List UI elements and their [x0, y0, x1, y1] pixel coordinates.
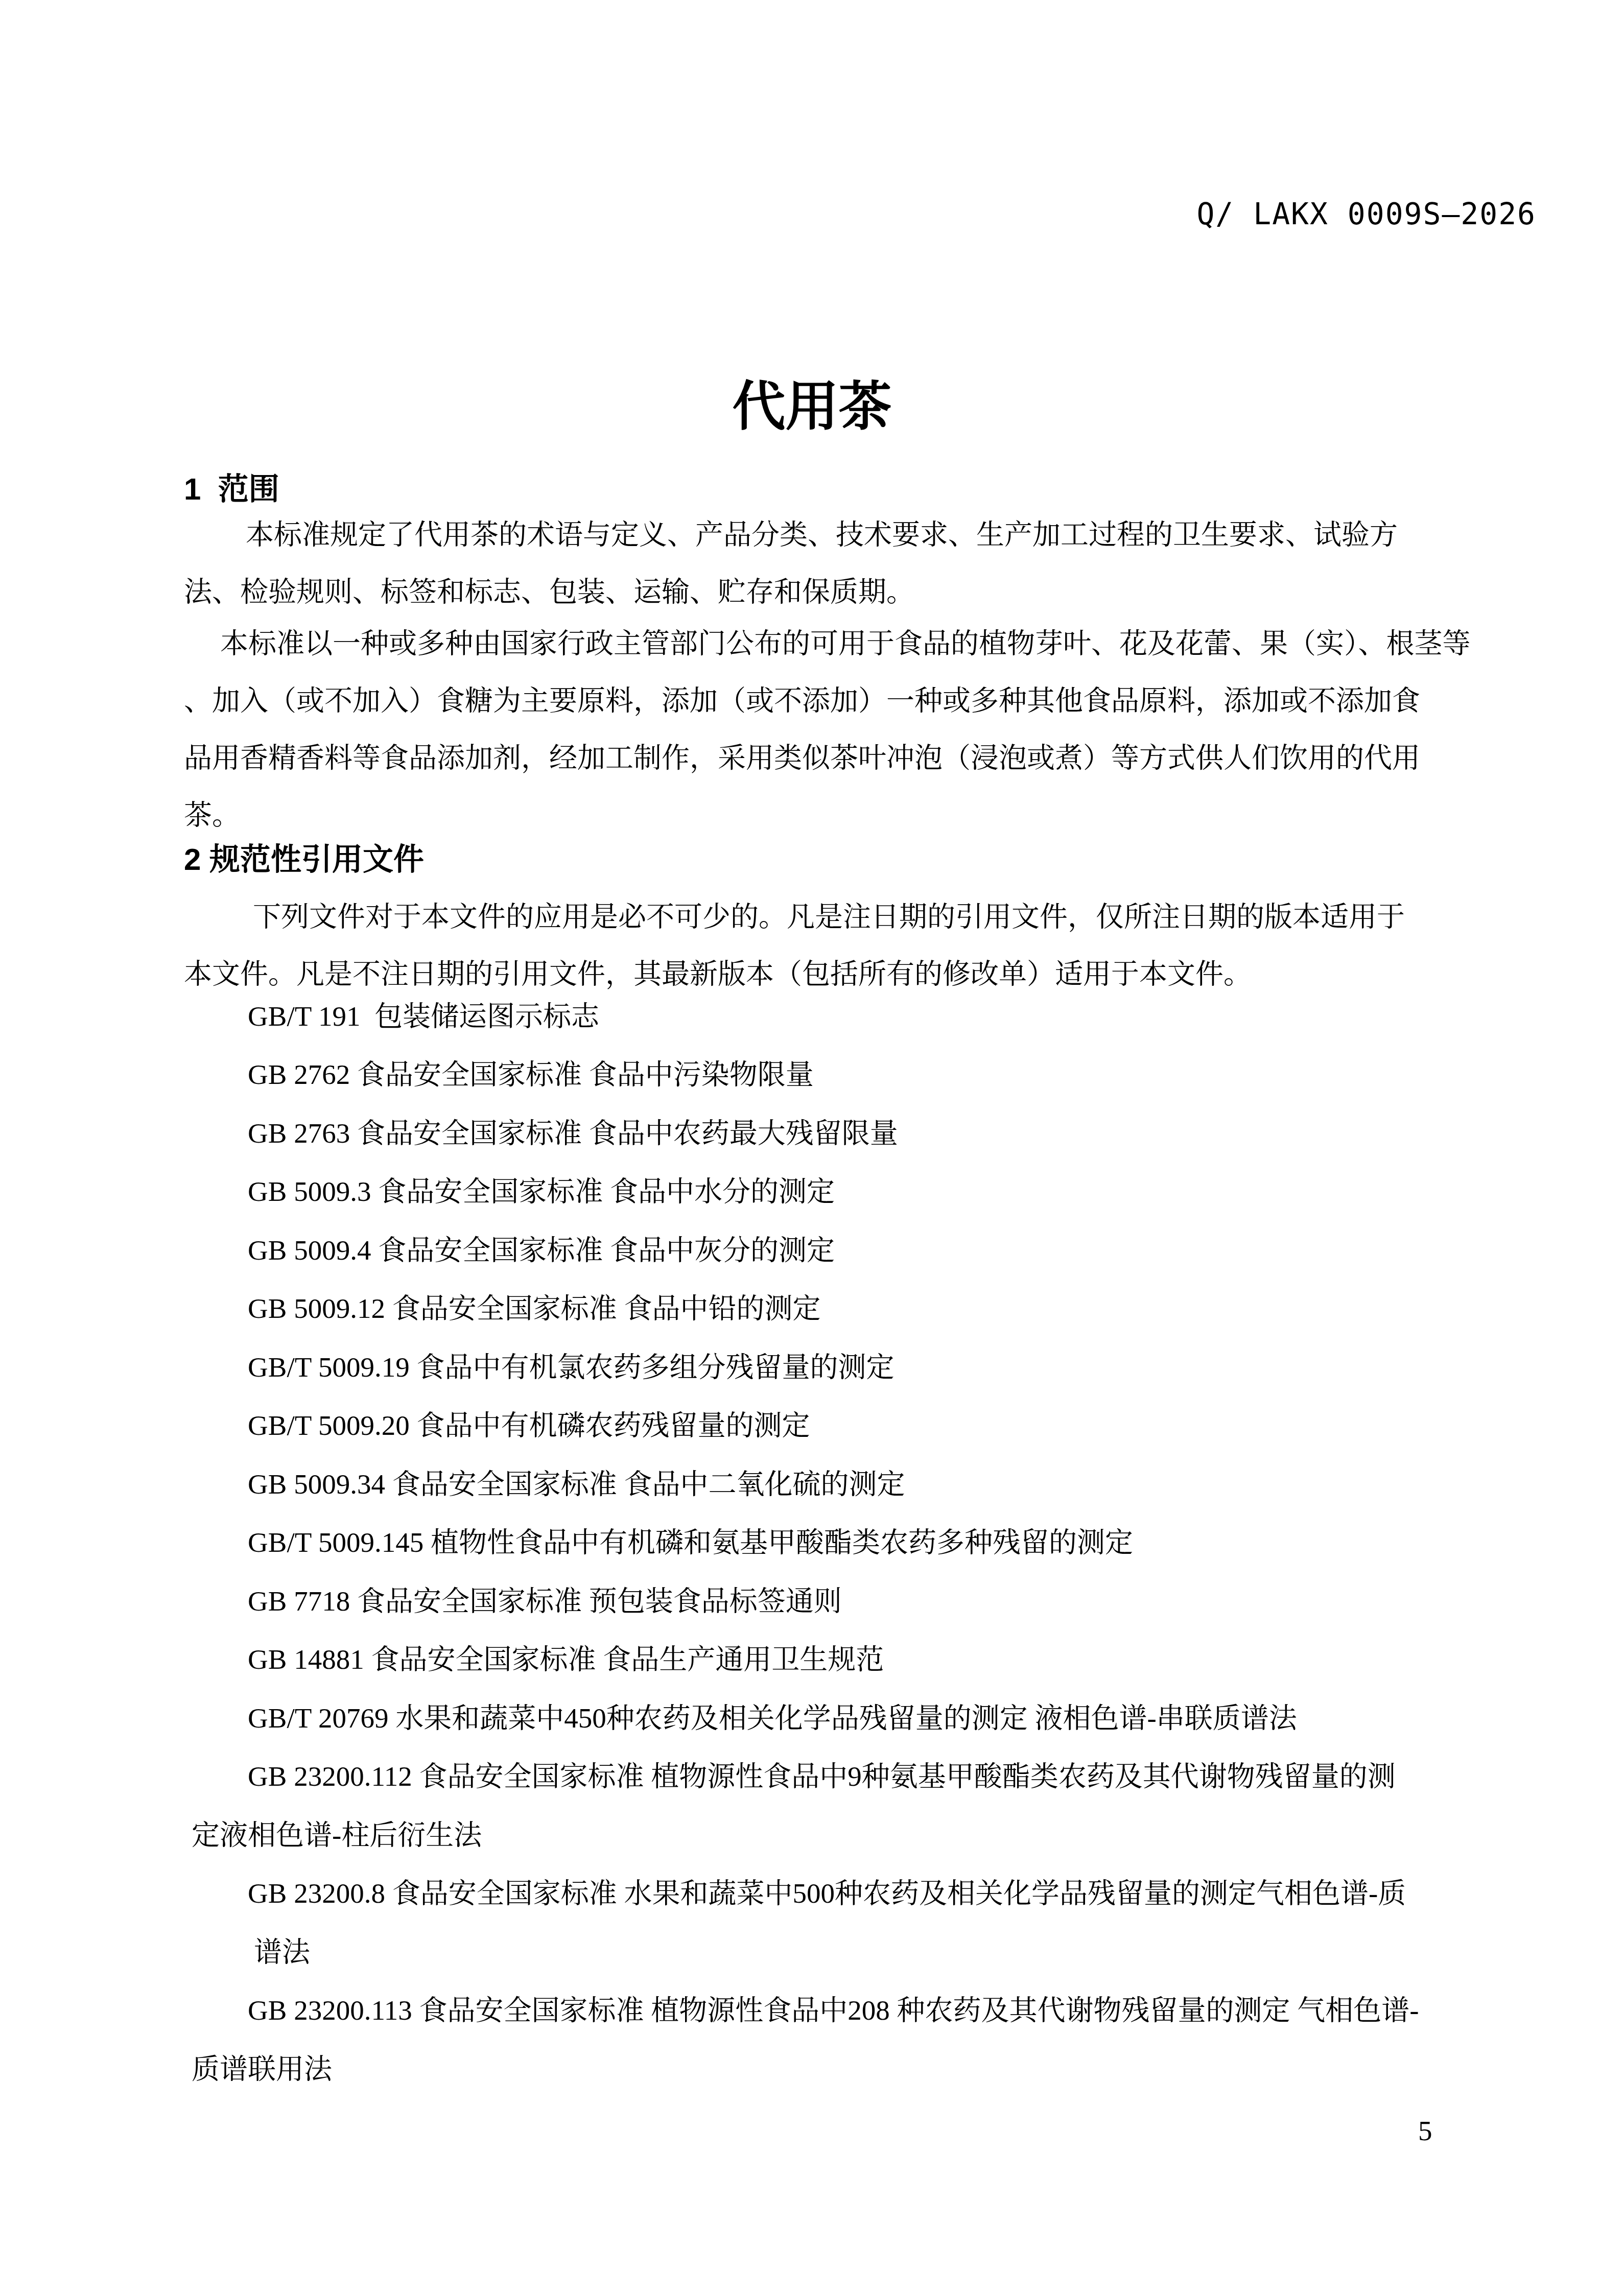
reference-line-wrap: 定液相色谱-柱后衍生法: [192, 1807, 482, 1864]
reference-line: GB/T 5009.20 食品中有机磷农药残留量的测定: [248, 1397, 810, 1454]
scope-paragraph-2-line: 、加入（或不加入）食糖为主要原料，添加（或不添加）一种或多种其他食品原料，添加或…: [184, 672, 1420, 729]
scope-paragraph-1-line: 本标准规定了代用茶的术语与定义、产品分类、技术要求、生产加工过程的卫生要求、试验…: [246, 506, 1398, 563]
document-page: Q/ LAKX 0009S—2026 代用茶 1 范围 本标准规定了代用茶的术语…: [0, 0, 1624, 2295]
reference-line-wrap: 质谱联用法: [192, 2041, 332, 2098]
reference-line: GB 23200.8 食品安全国家标准 水果和蔬菜中500种农药及相关化学品残留…: [248, 1865, 1406, 1922]
reference-line: GB 5009.12 食品安全国家标准 食品中铅的测定: [248, 1280, 820, 1337]
reference-line-wrap: 谱法: [254, 1924, 310, 1981]
reference-line: GB 7718 食品安全国家标准 预包装食品标签通则: [248, 1573, 842, 1630]
scope-paragraph-2-line: 品用香精香料等食品添加剂，经加工制作，采用类似茶叶冲泡（浸泡或煮）等方式供人们饮…: [184, 729, 1420, 787]
section-2-heading: 2 规范性引用文件: [184, 831, 424, 888]
reference-line: GB 2763 食品安全国家标准 食品中农药最大残留限量: [248, 1105, 898, 1162]
reference-line: GB/T 5009.19 食品中有机氯农药多组分残留量的测定: [248, 1339, 895, 1396]
reference-line: GB 5009.3 食品安全国家标准 食品中水分的测定: [248, 1163, 835, 1220]
doc-number: Q/ LAKX 0009S—2026: [1196, 197, 1536, 231]
reference-line: GB/T 5009.145 植物性食品中有机磷和氨基甲酸酯类农药多种残留的测定: [248, 1514, 1133, 1571]
reference-line: GB 5009.4 食品安全国家标准 食品中灰分的测定: [248, 1222, 835, 1279]
reference-line: GB 14881 食品安全国家标准 食品生产通用卫生规范: [248, 1631, 884, 1688]
scope-paragraph-2-line: 本标准以一种或多种由国家行政主管部门公布的可用于食品的植物芽叶、花及花蕾、果（实…: [220, 615, 1471, 672]
reference-line: GB 5009.34 食品安全国家标准 食品中二氧化硫的测定: [248, 1456, 905, 1513]
reference-line: GB 23200.113 食品安全国家标准 植物源性食品中208 种农药及其代谢…: [248, 1982, 1419, 2039]
scope-paragraph-1-line: 法、检验规则、标签和标志、包装、运输、贮存和保质期。: [184, 563, 914, 621]
reference-line: GB/T 20769 水果和蔬菜中450种农药及相关化学品残留量的测定 液相色谱…: [248, 1690, 1297, 1747]
page-number: 5: [1418, 2115, 1432, 2147]
reference-line: GB 2762 食品安全国家标准 食品中污染物限量: [248, 1046, 814, 1103]
page-title: 代用茶: [0, 364, 1624, 440]
reference-line: GB/T 191 包装储运图示标志: [248, 988, 599, 1045]
references-intro-line: 下列文件对于本文件的应用是必不可少的。凡是注日期的引用文件，仅所注日期的版本适用…: [253, 888, 1405, 945]
reference-line: GB 23200.112 食品安全国家标准 植物源性食品中9种氨基甲酸酯类农药及…: [248, 1748, 1396, 1805]
